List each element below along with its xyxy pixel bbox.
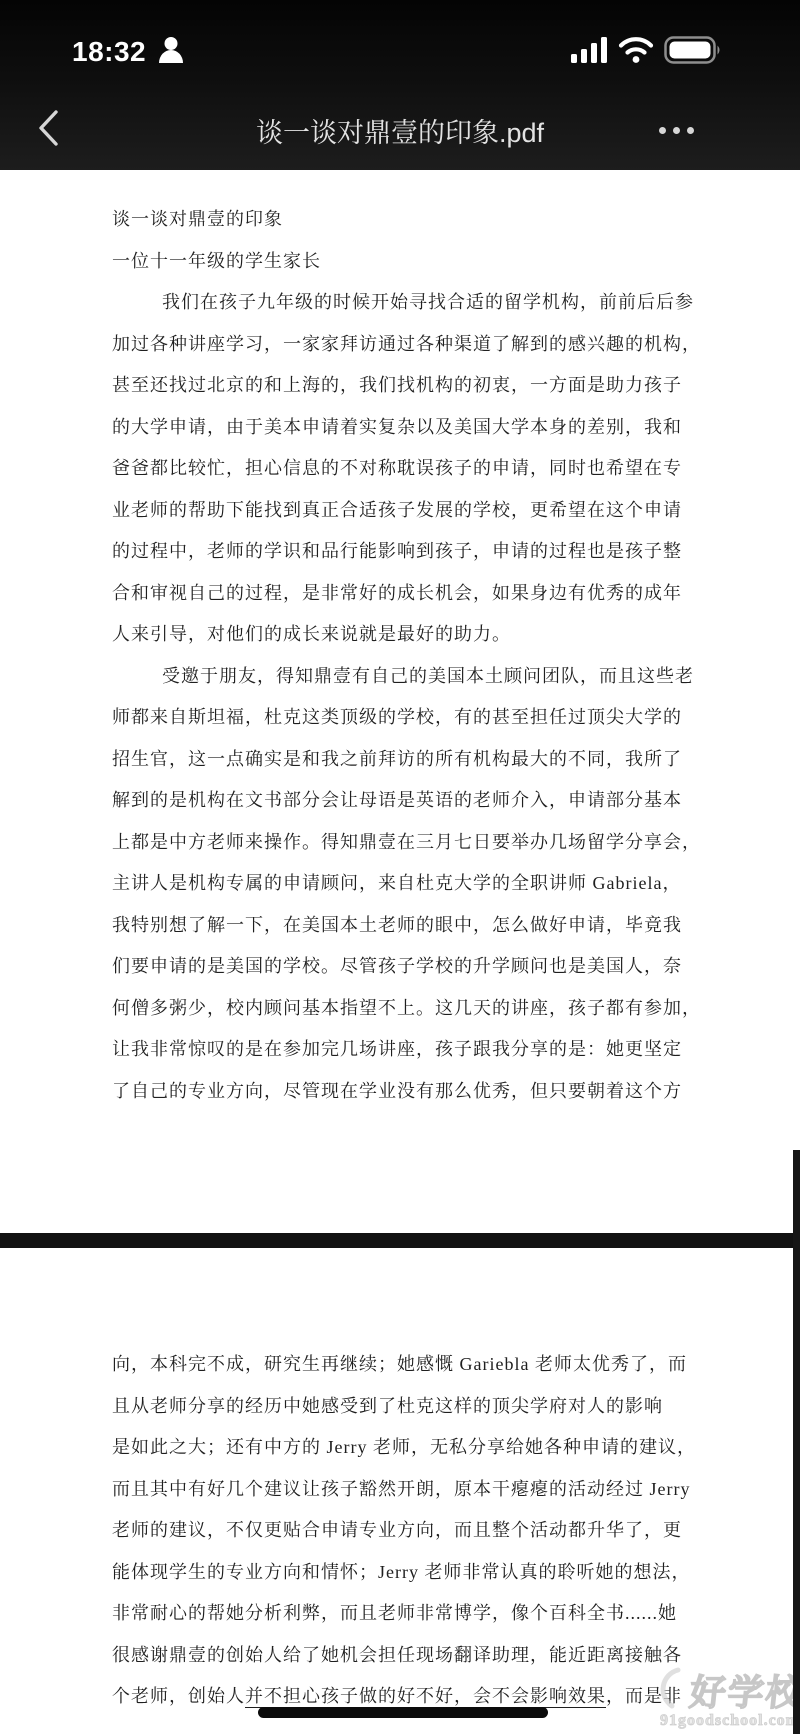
scrollbar[interactable]: [793, 1150, 800, 1734]
phone-screen: 18:32: [0, 0, 800, 1734]
document-text-line: 师都来自斯坦福，杜克这类顶级的学校，有的甚至担任过顶尖大学的: [112, 697, 688, 739]
signal-bars-icon: [571, 37, 608, 68]
marker-stroke: [258, 1707, 548, 1718]
document-text-line: 了自己的专业方向，尽管现在学业没有那么优秀，但只要朝着这个方: [112, 1071, 688, 1113]
document-text-line: 解到的是机构在文书部分会让母语是英语的老师介入，申请部分基本: [112, 780, 688, 822]
document-text-line: 我特别想了解一下，在美国本土老师的眼中，怎么做好申请，毕竟我: [112, 905, 688, 947]
user-icon: [158, 36, 184, 69]
document-text-line: 合和审视自己的过程，是非常好的成长机会，如果身边有优秀的成年: [112, 573, 688, 615]
status-left: 18:32: [72, 36, 184, 69]
document-text-line: 很感谢鼎壹的创始人给了她机会担任现场翻译助理，能近距离接触各: [112, 1635, 688, 1677]
document-text-line: 人来引导，对他们的成长来说就是最好的助力。: [112, 614, 688, 656]
more-button[interactable]: [648, 112, 704, 148]
document-text-line: 受邀于朋友，得知鼎壹有自己的美国本土顾问团队，而且这些老: [112, 656, 688, 698]
document-text-line: 谈一谈对鼎壹的印象: [112, 199, 688, 241]
document-text-line: 的过程中，老师的学识和品行能影响到孩子，申请的过程也是孩子整: [112, 531, 688, 573]
wifi-icon: [618, 36, 654, 68]
document-text-line: 们要申请的是美国的学校。尽管孩子学校的升学顾问也是美国人，奈: [112, 946, 688, 988]
document-text-line: 加过各种讲座学习，一家家拜访通过各种渠道了解到的感兴趣的机构，: [112, 324, 688, 366]
document-text-line: 向，本科完不成，研究生再继续；她感慨 Gariebla 老师太优秀了，而: [112, 1344, 688, 1386]
document-text-line: 上都是中方老师来操作。得知鼎壹在三月七日要举办几场留学分享会，: [112, 822, 688, 864]
nav-bar: 谈一谈对鼎壹的印象.pdf: [0, 90, 800, 170]
pdf-title: 谈一谈对鼎壹的印象.pdf: [120, 111, 680, 150]
page-divider: [0, 1233, 800, 1248]
status-time: 18:32: [72, 36, 146, 68]
document-text-line: 非常耐心的帮她分析利弊，而且老师非常博学，像个百科全书......她: [112, 1593, 688, 1635]
status-icons: [571, 36, 722, 69]
chevron-left-icon: [37, 109, 59, 152]
ellipsis-icon: [659, 127, 666, 134]
document-text-line: 是如此之大；还有中方的 Jerry 老师，无私分享给她各种申请的建议，: [112, 1427, 688, 1469]
pdf-page-1: 谈一谈对鼎壹的印象一位十一年级的学生家长我们在孩子九年级的时候开始寻找合适的留学…: [0, 170, 800, 1233]
document-text-line: 老师的建议，不仅更贴合申请专业方向，而且整个活动都升华了，更: [112, 1510, 688, 1552]
document-text-line: 的大学申请，由于美本申请着实复杂以及美国大学本身的差别，我和: [112, 407, 688, 449]
document-text-line: 我们在孩子九年级的时候开始寻找合适的留学机构，前前后后参: [112, 282, 688, 324]
status-bar: 18:32: [0, 0, 800, 90]
document-text-line: 让我非常惊叹的是在参加完几场讲座，孩子跟我分享的是：她更坚定: [112, 1029, 688, 1071]
document-text-line: 爸爸都比较忙，担心信息的不对称耽误孩子的申请，同时也希望在专: [112, 448, 688, 490]
document-text-line: 一位十一年级的学生家长: [112, 241, 688, 283]
document-text-line: 招生官，这一点确实是和我之前拜访的所有机构最大的不同，我所了: [112, 739, 688, 781]
document-text-line: 能体现学生的专业方向和情怀；Jerry 老师非常认真的聆听她的想法，: [112, 1552, 688, 1594]
document-text-line: 而且其中有好几个建议让孩子豁然开朗，原本干瘪瘪的活动经过 Jerry: [112, 1469, 688, 1511]
back-button[interactable]: [22, 104, 74, 156]
app-header: 18:32: [0, 0, 800, 170]
battery-icon: [664, 36, 722, 69]
document-text-line: 且从老师分享的经历中她感受到了杜克这样的顶尖学府对人的影响: [112, 1386, 688, 1428]
watermark-brand: 好学校: [687, 1665, 800, 1716]
document-text-line: 个老师，创始人并不担心孩子做的好不好，会不会影响效果，而是非: [112, 1676, 688, 1718]
document-text-line: 业老师的帮助下能找到真正合适孩子发展的学校，更希望在这个申请: [112, 490, 688, 532]
document-text-line: 甚至还找过北京的和上海的，我们找机构的初衷，一方面是助力孩子: [112, 365, 688, 407]
document-scroll-area[interactable]: 谈一谈对鼎壹的印象一位十一年级的学生家长我们在孩子九年级的时候开始寻找合适的留学…: [0, 170, 800, 1734]
page-2-text: 向，本科完不成，研究生再继续；她感慨 Gariebla 老师太优秀了，而且从老师…: [112, 1344, 688, 1718]
pdf-page-2: 向，本科完不成，研究生再继续；她感慨 Gariebla 老师太优秀了，而且从老师…: [0, 1248, 800, 1734]
document-text-line: 何僧多粥少，校内顾问基本指望不上。这几天的讲座，孩子都有参加，: [112, 988, 688, 1030]
document-text-line: 主讲人是机构专属的申请顾问，来自杜克大学的全职讲师 Gabriela，: [112, 863, 688, 905]
